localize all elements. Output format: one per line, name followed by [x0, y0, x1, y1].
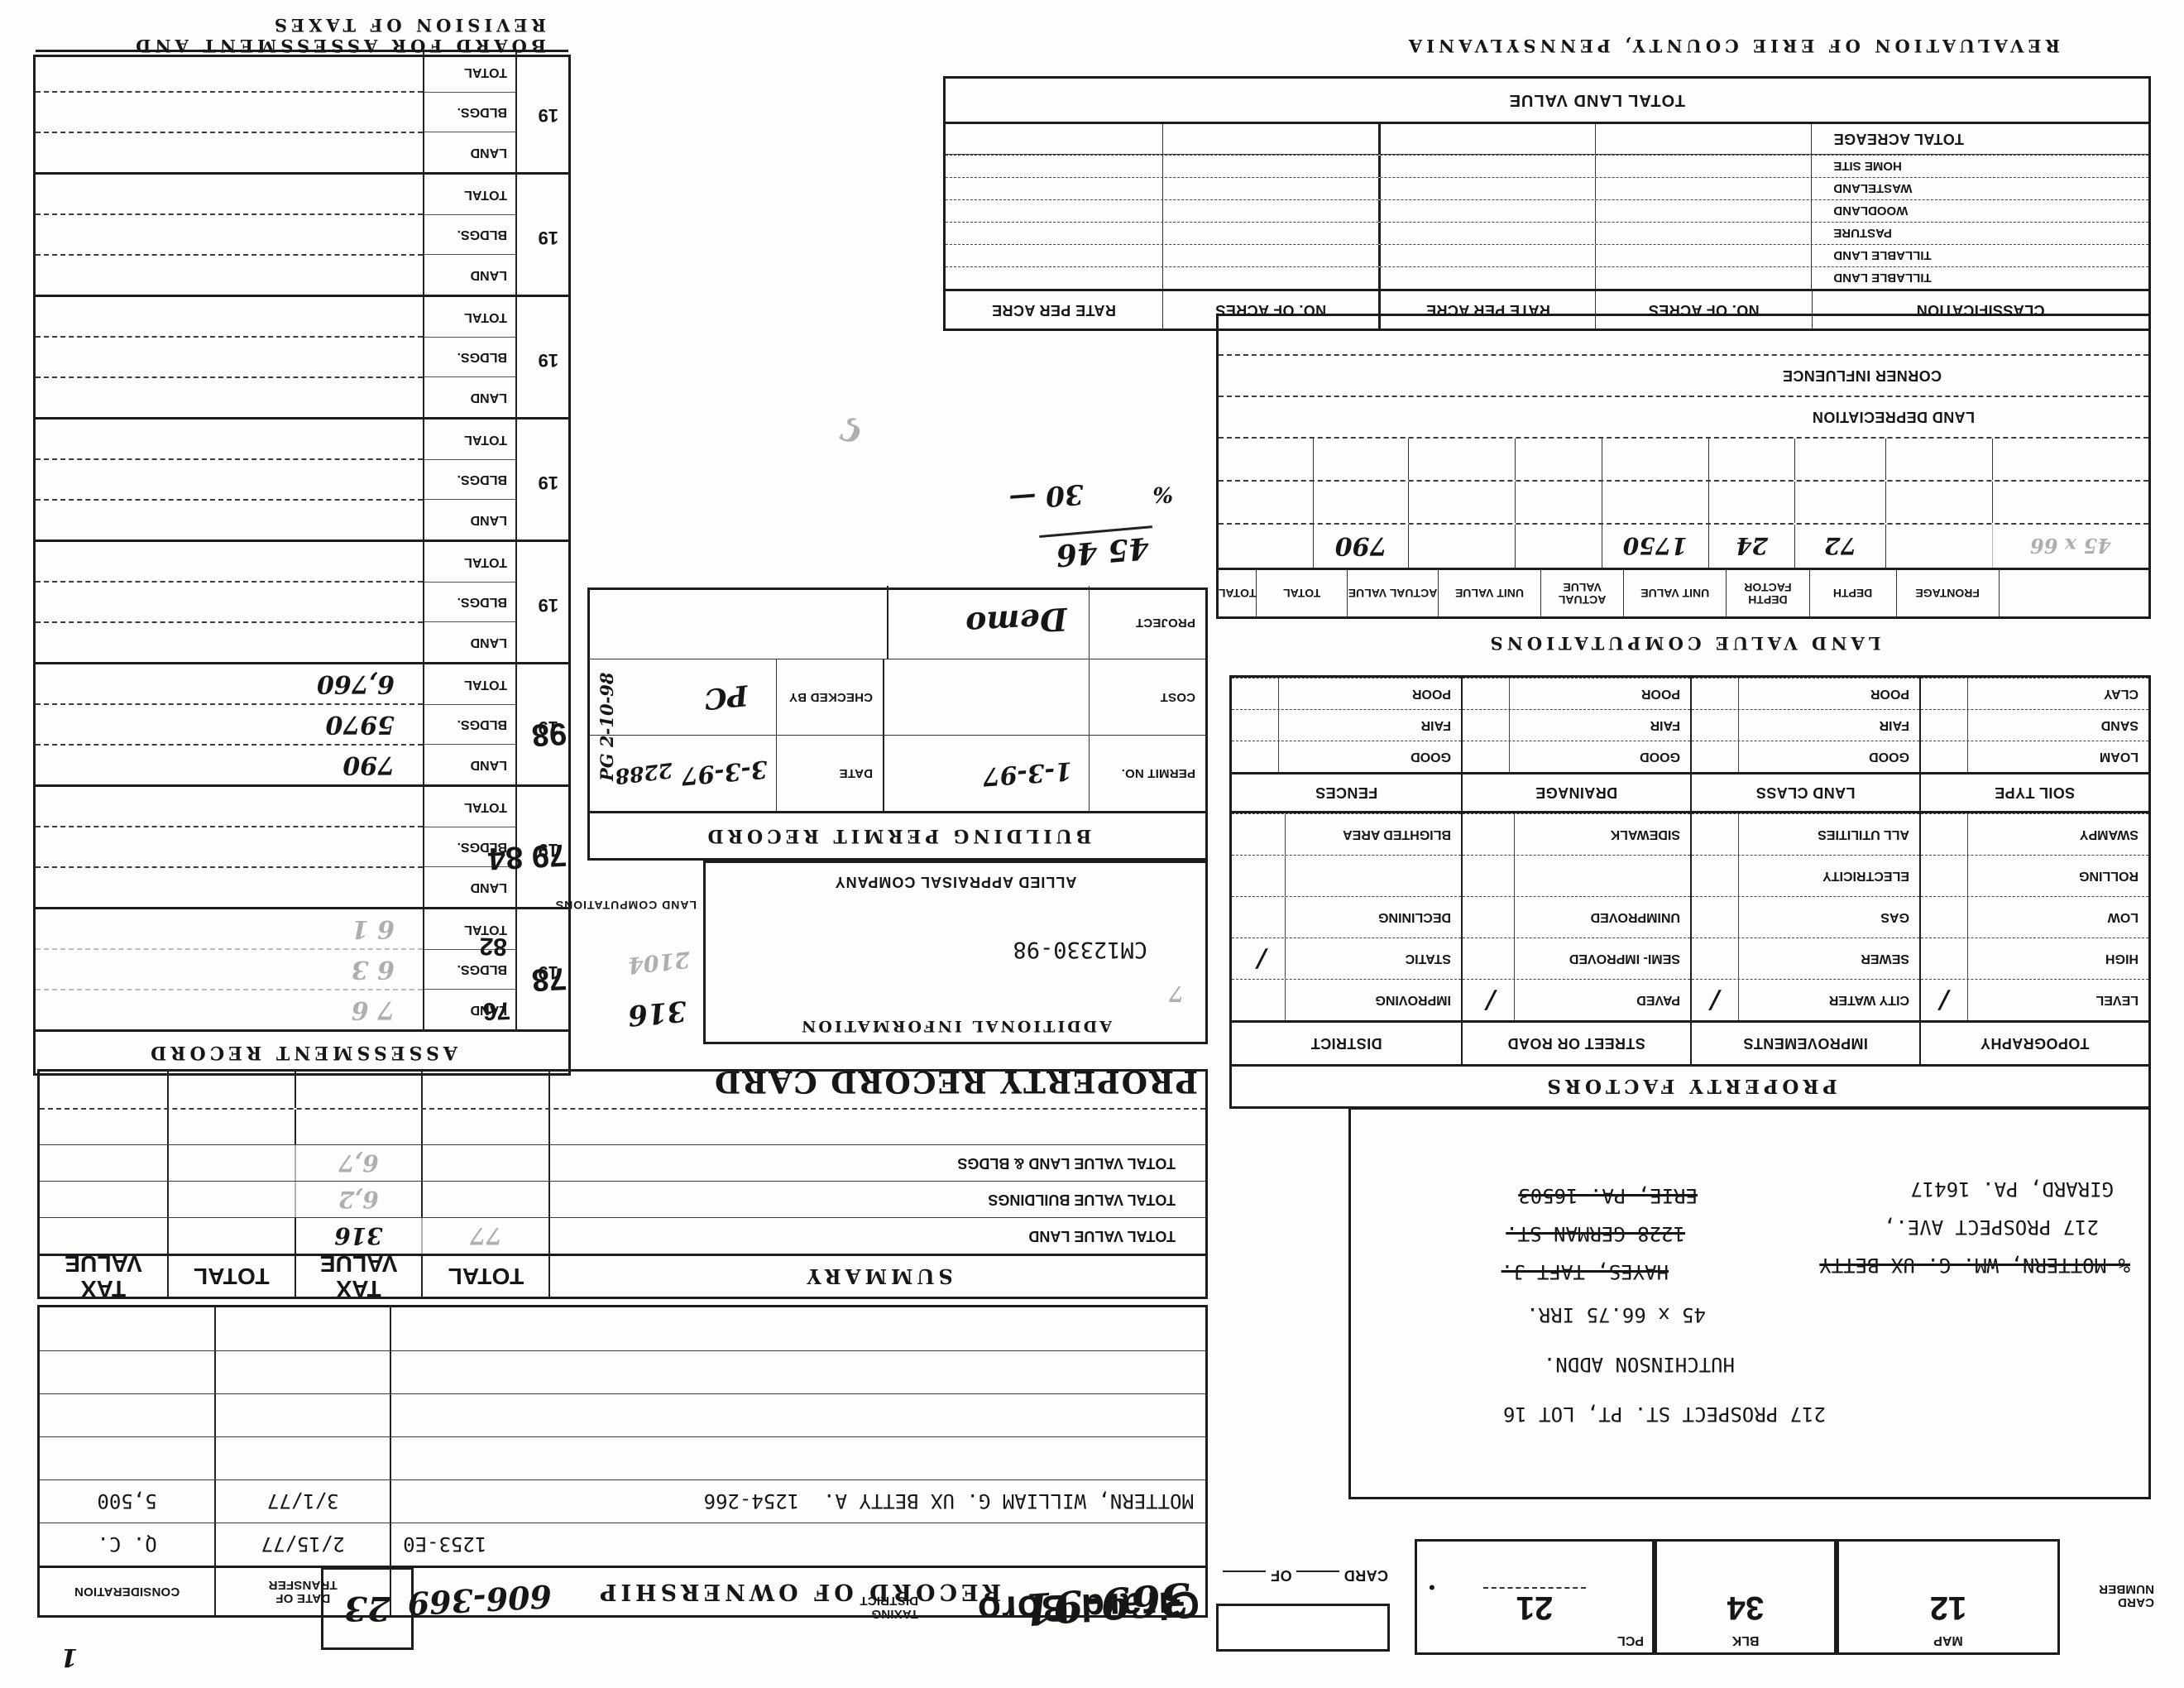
factor-row: LOW: [1921, 896, 2148, 938]
factor-row: GAS: [1692, 896, 1919, 938]
year-stamp: 79 84: [487, 837, 568, 876]
assessment-land-value: [36, 866, 423, 907]
total-land-value-row: TOTAL LAND VALUE: [946, 79, 2148, 122]
summary-table: SUMMARY TOTAL TAX VALUE TOTAL TAX VALUE …: [37, 1069, 1208, 1299]
scanned-document: CARD NUMBER MAP 12 BLK 34 PCL 21 • CARD …: [0, 0, 2184, 1688]
assessment-year-cell: 19: [515, 542, 568, 662]
computation-headers: FRONTAGEDEPTHDEPTH FACTORUNIT VALUEACTUA…: [1219, 568, 2148, 616]
check-mark: [1238, 856, 1286, 896]
assessment-total-value: [36, 175, 423, 213]
check-mark: [1692, 814, 1739, 855]
factor-row: PAVED ∕: [1463, 979, 1690, 1020]
factors-district-column: DISTRICT IMPROVING STATIC ∕ DECLINING: [1232, 813, 1461, 1064]
footer-left: REVALUATION OF ERIE COUNTY, PENNSYLVANIA: [1405, 36, 2060, 56]
classification-row: TILLABLE LAND: [946, 244, 2148, 266]
legal-line-3: 45 x 66.75 IRR.: [1526, 1303, 1706, 1326]
assessment-year-cell: 19: [515, 175, 568, 295]
soil-row: GOOD: [1692, 741, 1919, 772]
check-mark: ∕: [1238, 938, 1286, 979]
hand-note-30: 30 —: [1008, 478, 1085, 516]
checked-by-value: PC: [702, 679, 750, 716]
soil-type-column: SOIL TYPE LOAM SAND CLAY: [1919, 678, 2148, 811]
check-mark: [1238, 980, 1286, 1020]
project-value: Demo: [965, 601, 1068, 643]
check-mark: [1238, 814, 1286, 855]
map-box: MAP 12: [1837, 1539, 2060, 1655]
assessment-block: 19 79 84 LAND BLDGS. TOTAL: [36, 784, 568, 907]
soil-row: POOR: [1463, 678, 1690, 709]
factors-topography-column: TOPOGRAPHY LEVEL ∕ HIGH LOW: [1919, 813, 2148, 1064]
previous-owner-city: ERIE, PA. 16503: [1518, 1184, 1698, 1207]
classification-row: WASTELAND: [946, 177, 2148, 199]
classification-headers: CLASSIFICATION NO. OF ACRES RATE PER ACR…: [946, 289, 2148, 328]
hand-note-45-46: 45 46: [1039, 525, 1155, 574]
assessment-bldgs-value: [36, 581, 423, 621]
classification-rows: TILLABLE LAND TILLABLE LAND PASTURE WOOD…: [946, 155, 2148, 289]
assessment-block: 19 78 76 82 LAND BLDGS. TOTAL 7 6 6 3: [36, 907, 568, 1029]
assessment-record: ASSESSMENT RECORD 19 78 76 82 LAND BLDGS…: [33, 55, 571, 1076]
assessment-bldgs-value: [36, 91, 423, 132]
check-mark: [1692, 938, 1739, 979]
appraisal-company: ALLIED APPRAISAL COMPANY: [706, 873, 1205, 890]
factors-street-column: STREET OR ROAD PAVED ∕ SEMI- IMPROVED UN…: [1461, 813, 1690, 1064]
check-mark: [1468, 814, 1515, 855]
check-mark: ∕: [1921, 980, 1968, 1020]
check-mark: ∕: [1468, 980, 1515, 1020]
assessment-total-value: [36, 542, 423, 581]
assessment-land-value: 790: [36, 744, 423, 784]
assessment-total-value: 6,760: [36, 664, 423, 703]
page-title: PROPERTY RECORD CARD: [703, 1064, 1208, 1099]
factor-row: ELECTRICITY: [1692, 855, 1919, 896]
legal-line-2: HUTCHINSON ADDN.: [1544, 1353, 1735, 1376]
summary-row: TOTAL VALUE LAND & BLDGS 6,7: [40, 1144, 1205, 1181]
summary-row: TOTAL VALUE LAND 77 316: [40, 1217, 1205, 1254]
care-of-name: % MOTTERN, WM. G. UX BETTY: [1819, 1254, 2130, 1277]
soil-row: FAIR: [1232, 709, 1461, 741]
assessment-record-title: ASSESSMENT RECORD: [146, 1042, 457, 1063]
assessment-year-cell: 19: [515, 52, 568, 172]
check-mark: [1468, 897, 1515, 938]
factor-row: ROLLING: [1921, 855, 2148, 896]
check-mark: [1238, 897, 1286, 938]
assessment-bldgs-value: [36, 213, 423, 254]
factor-row: UNIMPROVED: [1463, 896, 1690, 938]
summary-row: TOTAL VALUE BUILDINGS 6,2: [40, 1181, 1205, 1217]
building-permit-box: BUILDING PERMIT RECORD PERMIT NO. 1-3-97…: [587, 587, 1208, 861]
assessment-land-value: [36, 132, 423, 172]
assessment-bldgs-value: [36, 458, 423, 499]
assessment-block: 19 LAND BLDGS. TOTAL: [36, 417, 568, 539]
check-mark: [1468, 856, 1515, 896]
assessment-blocks: 19 78 76 82 LAND BLDGS. TOTAL 7 6 6 3: [36, 50, 568, 1029]
land-class-column: LAND CLASS GOOD FAIR POOR: [1690, 678, 1919, 811]
pcl-box: PCL 21 •: [1415, 1539, 1655, 1655]
check-mark: [1921, 856, 1968, 896]
computation-data-row: 45 x 66 72 24 1750 790: [1219, 523, 2148, 568]
assessment-total-value: [36, 787, 423, 826]
factor-row: [1232, 855, 1461, 896]
assessment-block: 19 98 PG 2-10-98 LAND BLDGS. TOTAL 790 5…: [36, 662, 568, 784]
soil-row: CLAY: [1921, 678, 2148, 709]
factor-row: SEWER: [1692, 938, 1919, 979]
year-stamp: 98: [531, 715, 568, 752]
land-value-computations-table: FRONTAGEDEPTHDEPTH FACTORUNIT VALUEACTUA…: [1216, 314, 2151, 619]
check-mark: [1921, 814, 1968, 855]
ownership-rows: 1253-E0 2/15/77 Q. C. MOTTERN, WILLIAM G…: [40, 1479, 1205, 1566]
permit-date-value: 3-3-97: [680, 755, 769, 791]
assessment-total-value: [36, 297, 423, 336]
assessment-year-cell: 19 98 PG 2-10-98: [515, 664, 568, 784]
case-reference: CM12330-98: [1013, 937, 1147, 962]
summary-title: SUMMARY: [802, 1264, 952, 1288]
total-acreage-row: TOTAL ACREAGE: [946, 122, 2148, 155]
page-mark: 1: [60, 1642, 78, 1671]
soil-row: SAND: [1921, 709, 2148, 741]
assessment-bldgs-value: 5970: [36, 703, 423, 744]
year-stamp: 78: [531, 960, 568, 997]
classification-table: CLASSIFICATION NO. OF ACRES RATE PER ACR…: [943, 76, 2151, 331]
property-factors-table: PROPERTY FACTORS TOPOGRAPHY LEVEL ∕ HIGH: [1229, 675, 2151, 1109]
factor-row: ALL UTILITIES: [1692, 813, 1919, 855]
ownership-row: 1253-E0 2/15/77 Q. C.: [40, 1523, 1205, 1566]
assessment-year-cell: 19: [515, 420, 568, 539]
factor-row: BLIGHTED AREA: [1232, 813, 1461, 855]
hand-2104: 2104: [626, 946, 691, 978]
assessment-land-value: [36, 499, 423, 539]
fences-column: FENCES GOOD FAIR POOR: [1232, 678, 1461, 811]
factor-row: SWAMPY: [1921, 813, 2148, 855]
factor-row: IMPROVING: [1232, 979, 1461, 1020]
soil-row: POOR: [1692, 678, 1919, 709]
factor-row: [1463, 855, 1690, 896]
factor-row: HIGH: [1921, 938, 2148, 979]
check-mark: [1921, 938, 1968, 979]
additional-information-box: ADDITIONAL INFORMATION 7 CM12330-98 ALLI…: [703, 861, 1208, 1044]
deed-ref-handwritten-right: 606-369: [407, 1577, 553, 1622]
hand-316: 316: [626, 994, 687, 1032]
property-factors-title: PROPERTY FACTORS: [1543, 1076, 1837, 1098]
year-stamp-extra: 82: [479, 931, 508, 960]
land-depreciation-row: LAND DEPRECIATION: [1219, 396, 2148, 437]
assessment-total-value: [36, 52, 423, 91]
assessment-block: 19 LAND BLDGS. TOTAL: [36, 50, 568, 172]
summary-rows: TOTAL VALUE LAND 77 316 TOTAL VALUE BUIL…: [40, 1144, 1205, 1254]
assessment-block: 19 LAND BLDGS. TOTAL: [36, 539, 568, 662]
assessment-land-value: [36, 254, 423, 295]
assessment-bldgs-value: 6 3: [36, 948, 423, 989]
permit-date-extra: 2288: [614, 758, 674, 789]
card-number-label: CARD NUMBER: [2099, 1583, 2154, 1609]
check-mark: [1921, 897, 1968, 938]
blk-box: BLK 34: [1655, 1539, 1837, 1655]
additional-information-title: ADDITIONAL INFORMATION: [706, 1017, 1205, 1035]
address-block: 217 PROSPECT ST. PT, LOT 16 HUTCHINSON A…: [1348, 1107, 2151, 1499]
factor-row: DECLINING: [1232, 896, 1461, 938]
factor-row: STATIC ∕: [1232, 938, 1461, 979]
soil-row: FAIR: [1692, 709, 1919, 741]
check-mark: [1692, 897, 1739, 938]
factor-row: SEMI- IMPROVED: [1463, 938, 1690, 979]
check-mark: [1468, 938, 1515, 979]
classification-row: HOME SITE: [946, 155, 2148, 177]
factor-row: SIDEWALK: [1463, 813, 1690, 855]
assessment-total-value: [36, 420, 423, 458]
assessment-land-value: [36, 621, 423, 662]
assessment-bldgs-value: [36, 336, 423, 376]
current-city: GIRARD, PA. 16417: [1910, 1177, 2114, 1201]
classification-row: TILLABLE LAND: [946, 266, 2148, 289]
land-computations-label: LAND COMPUTATIONS: [555, 899, 697, 912]
assessment-total-value: 6 1: [36, 909, 423, 948]
assessment-land-value: [36, 376, 423, 417]
soil-row: GOOD: [1463, 741, 1690, 772]
year-stamp-extra: 76: [482, 995, 511, 1024]
classification-row: PASTURE: [946, 222, 2148, 244]
footer-right: BOARD FOR ASSESSMENT AND REVISION OF TAX…: [0, 15, 546, 56]
soil-row: LOAM: [1921, 741, 2148, 772]
factor-row: LEVEL ∕: [1921, 979, 2148, 1020]
property-record-card: CARD NUMBER MAP 12 BLK 34 PCL 21 • CARD …: [0, 0, 2184, 1688]
corner-influence-row: CORNER INFLUENCE: [1219, 354, 2148, 396]
current-street: 217 PROSPECT AVE.,: [1884, 1216, 2099, 1239]
assessment-bldgs-value: [36, 826, 423, 866]
land-value-computations-title: LAND VALUE COMPUTATIONS: [1216, 633, 2151, 654]
drainage-column: DRAINAGE GOOD FAIR POOR: [1461, 678, 1690, 811]
permit-no-value: 1-3-97: [982, 755, 1074, 790]
assessment-land-value: 7 6: [36, 989, 423, 1029]
assessment-block: 19 LAND BLDGS. TOTAL: [36, 295, 568, 417]
assessment-year-cell: 19 78 76 82: [515, 909, 568, 1029]
hand-scribble: ς: [836, 415, 864, 457]
ownership-title: RECORD OF OWNERSHIP: [596, 1579, 1001, 1604]
hand-note-percent: %: [1152, 482, 1173, 506]
check-mark: ∕: [1692, 980, 1739, 1020]
pcl-dot: •: [1429, 1576, 1435, 1598]
ownership-table: RECORD OF OWNERSHIP DATE OF TRANSFER CON…: [37, 1305, 1208, 1618]
previous-owner-name: HAYES, TAFT J.: [1501, 1260, 1669, 1283]
factors-improvements-column: IMPROVEMENTS CITY WATER ∕ SEWER GAS: [1690, 813, 1919, 1064]
legal-line-1: 217 PROSPECT ST. PT, LOT 16: [1503, 1403, 1826, 1426]
card-of-empty-box: [1216, 1604, 1390, 1652]
soil-row: GOOD: [1232, 741, 1461, 772]
faint-pencil-mark: 7: [1169, 981, 1184, 1005]
assessment-date-note: PG 2-10-98: [596, 672, 617, 781]
soil-row: POOR: [1232, 678, 1461, 709]
soil-row: FAIR: [1463, 709, 1690, 741]
classification-row: WOODLAND: [946, 199, 2148, 222]
ownership-row: MOTTERN, WILLIAM G. UX BETTY A. 1254-266…: [40, 1479, 1205, 1523]
assessment-year-cell: 19: [515, 297, 568, 417]
factor-row: CITY WATER ∕: [1692, 979, 1919, 1020]
check-mark: [1692, 856, 1739, 896]
assessment-block: 19 LAND BLDGS. TOTAL: [36, 172, 568, 295]
assessment-year-cell: 19 79 84: [515, 787, 568, 907]
previous-owner-street: 1228 GERMAN ST.: [1506, 1222, 1685, 1245]
building-permit-title: BUILDING PERMIT RECORD: [704, 825, 1092, 846]
